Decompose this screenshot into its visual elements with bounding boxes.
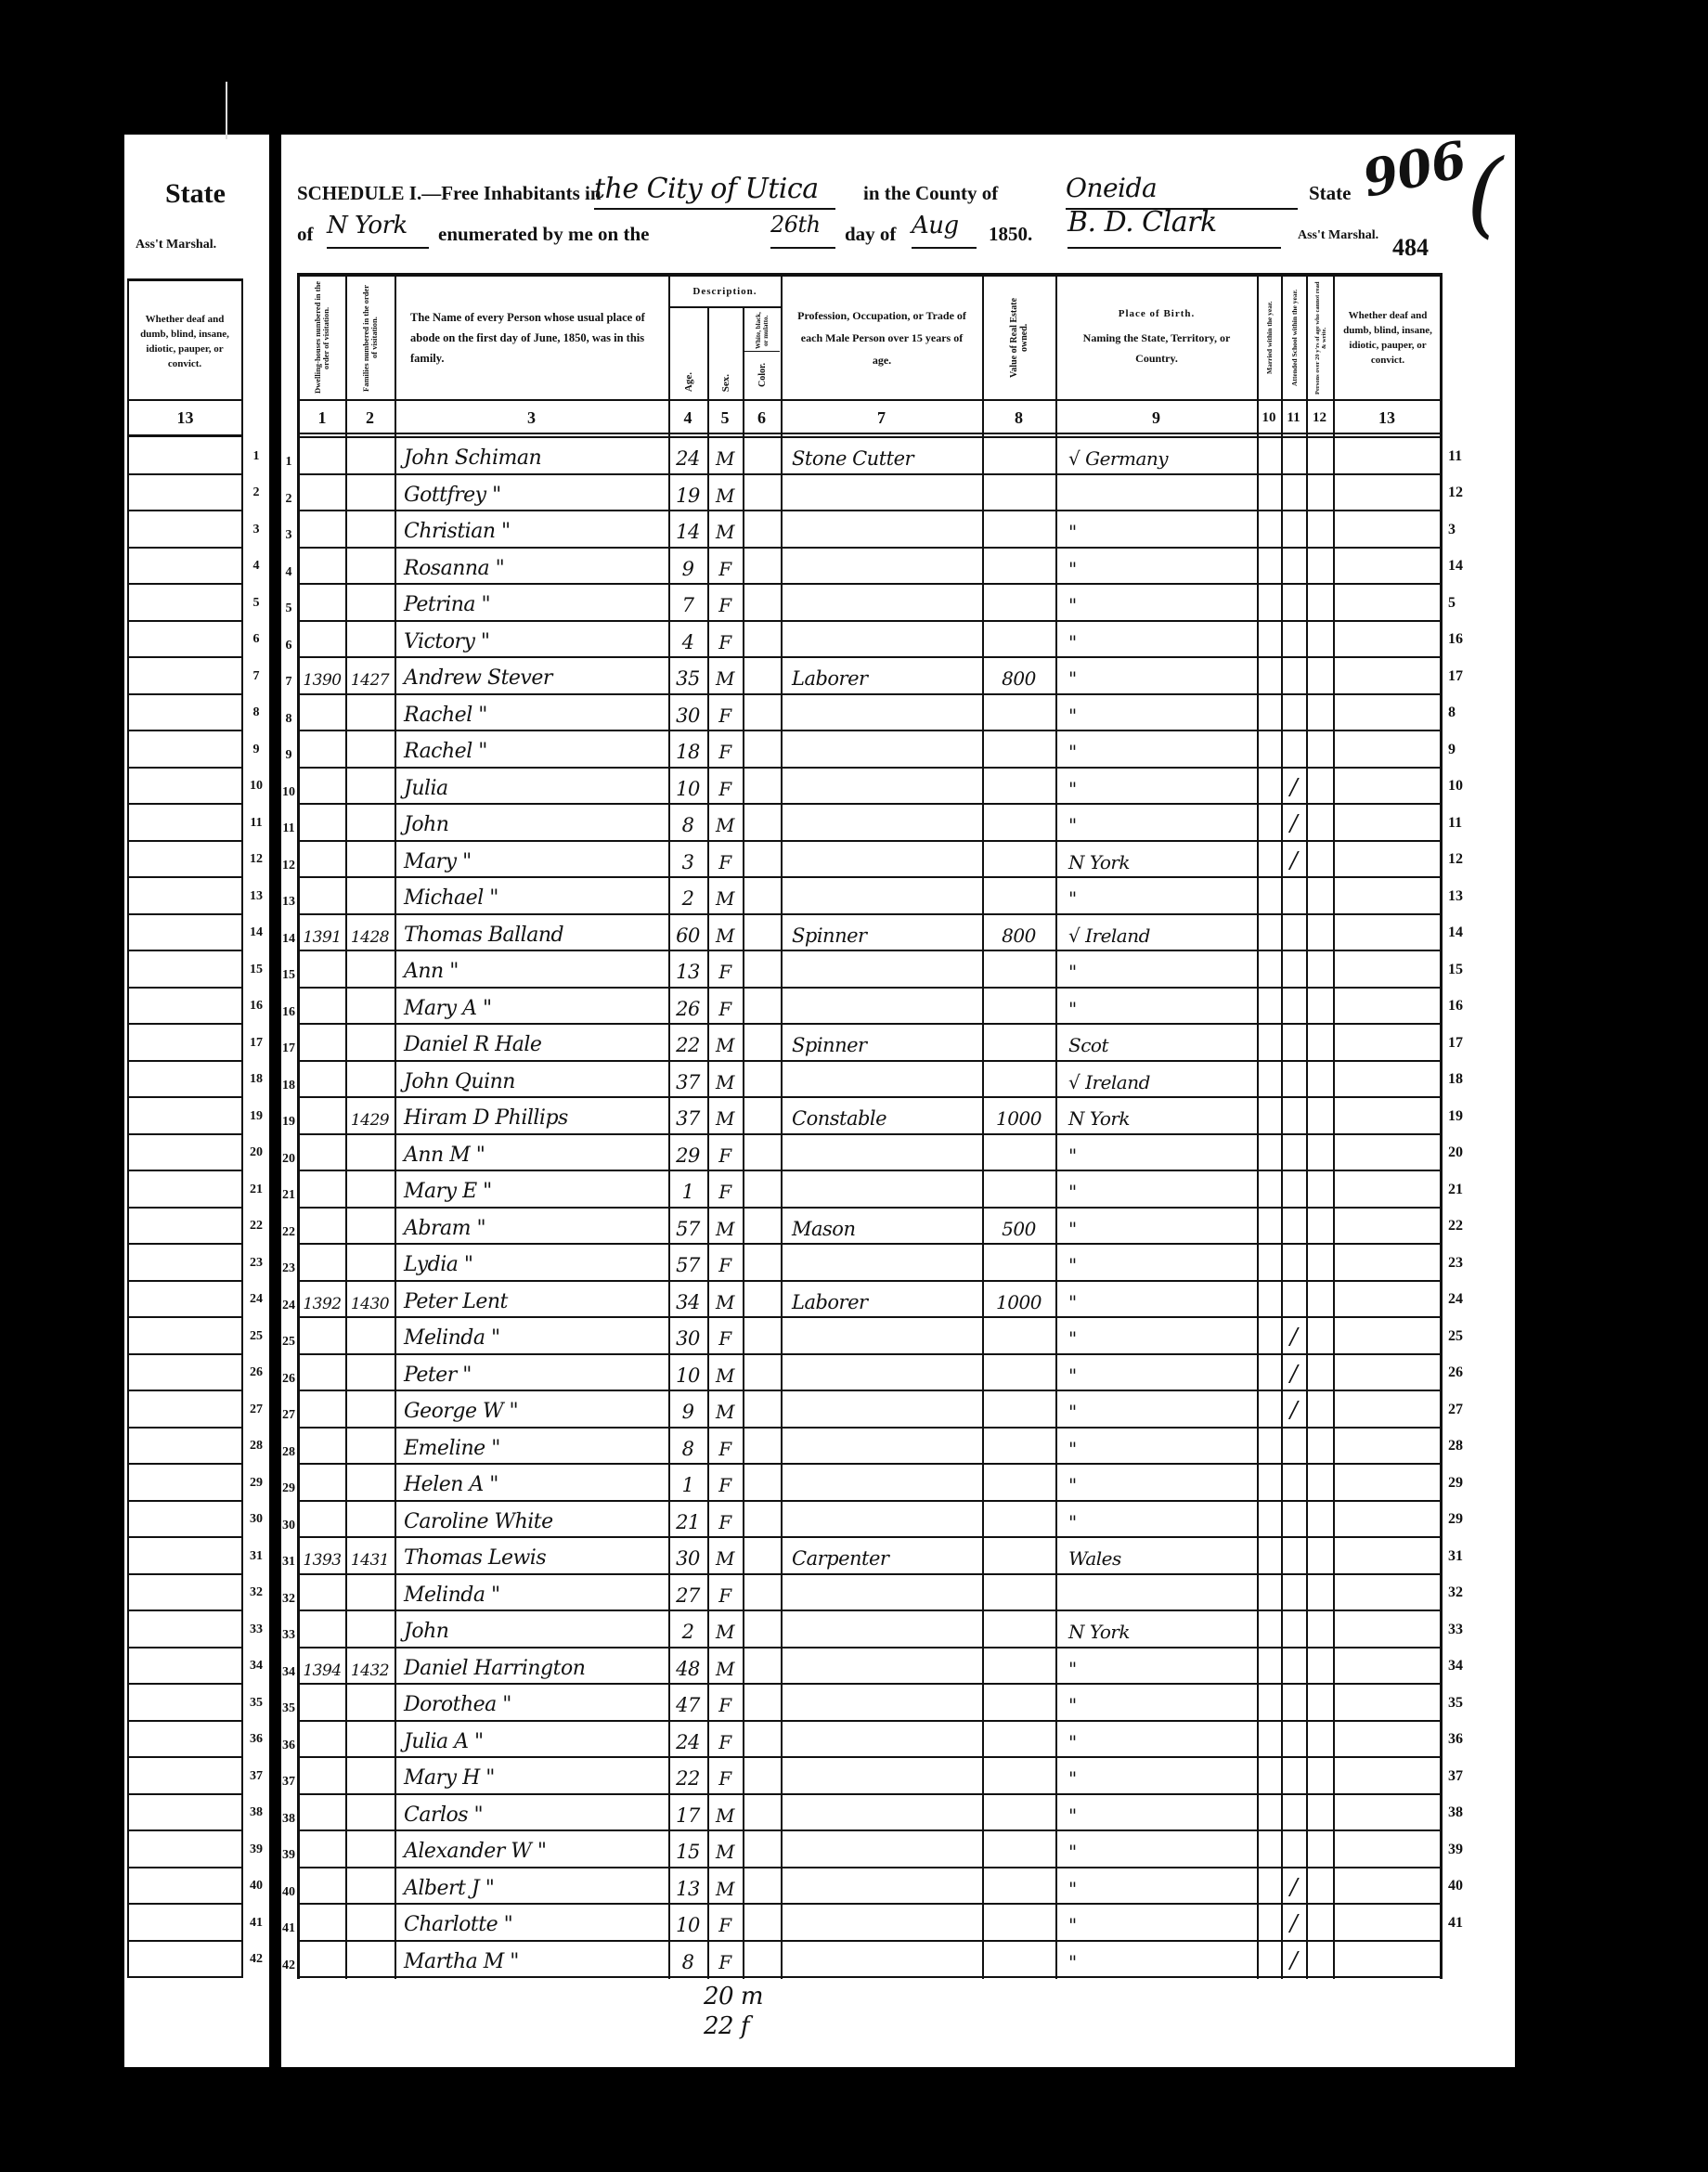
real-estate-value <box>982 585 1055 620</box>
color <box>743 1611 781 1647</box>
col-6-header: Color. <box>744 353 780 397</box>
col-9-number: 9 <box>1055 401 1257 434</box>
birthplace <box>1055 1575 1257 1610</box>
col-13-number: 13 <box>1333 401 1441 434</box>
person-name: Michael " <box>395 878 668 913</box>
col-3-number: 3 <box>395 401 668 434</box>
description-group-divider <box>668 306 781 308</box>
table-row: 23 Lydia " 57 F " <box>299 1245 1441 1282</box>
person-name: Peter Lent <box>395 1282 668 1317</box>
table-row: 31 1393 1431 Thomas Lewis 30 M Carpenter… <box>299 1538 1441 1575</box>
birthplace: " <box>1055 585 1257 620</box>
sex: F <box>707 1245 743 1280</box>
fragment-line-number: 12 <box>245 842 267 879</box>
col-9-header: Place of Birth. Naming the State, Territ… <box>1058 278 1255 397</box>
right-margin-line-number: 13 <box>1444 878 1482 915</box>
color <box>743 1318 781 1353</box>
real-estate-value <box>982 842 1055 877</box>
school-mark <box>1281 475 1306 511</box>
real-estate-value <box>982 1758 1055 1793</box>
col-1-label: Dwelling-houses numbered in the order of… <box>314 280 330 395</box>
color <box>743 731 781 767</box>
real-estate-value: 1000 <box>982 1098 1055 1133</box>
line-number: 3 <box>280 511 297 547</box>
color <box>743 1831 781 1867</box>
real-estate-value: 1000 <box>982 1282 1055 1317</box>
line-number: 37 <box>280 1758 297 1793</box>
place-name: the City of Utica <box>594 173 835 210</box>
fragment-row <box>127 1062 243 1099</box>
person-name: Rachel " <box>395 695 668 730</box>
dwelling-number <box>299 622 345 657</box>
line-number: 34 <box>280 1648 297 1684</box>
person-name: Ann " <box>395 951 668 987</box>
birthplace: " <box>1055 622 1257 657</box>
illiterate-mark <box>1306 622 1333 657</box>
table-row: 5 Petrina " 7 F " <box>299 585 1441 622</box>
real-estate-value <box>982 438 1055 473</box>
married-mark <box>1257 1575 1281 1610</box>
family-number <box>345 475 395 511</box>
dwelling-number <box>299 1905 345 1940</box>
real-estate-value <box>982 989 1055 1024</box>
fragment-line-number: 4 <box>245 549 267 586</box>
school-mark <box>1281 1465 1306 1500</box>
school-mark <box>1281 1648 1306 1684</box>
family-number <box>345 1062 395 1097</box>
col-10-label: Married within the year. <box>1266 280 1274 395</box>
fragment-line-number: 42 <box>245 1942 267 1979</box>
occupation <box>781 1429 982 1464</box>
sex: M <box>707 1538 743 1573</box>
sex: M <box>707 1831 743 1867</box>
family-number <box>345 695 395 730</box>
fragment-row <box>127 658 243 695</box>
condition <box>1333 1905 1441 1940</box>
fragment-line-number: 26 <box>245 1355 267 1392</box>
illiterate-mark <box>1306 1831 1333 1867</box>
color <box>743 1538 781 1573</box>
married-mark <box>1257 1429 1281 1464</box>
color <box>743 1025 781 1060</box>
age: 1 <box>668 1171 707 1207</box>
family-number <box>345 1831 395 1867</box>
col-10-header: Married within the year. <box>1259 278 1281 397</box>
family-number <box>345 842 395 877</box>
age: 24 <box>668 1722 707 1757</box>
fragment-row <box>127 805 243 842</box>
person-name: Thomas Balland <box>395 915 668 950</box>
condition <box>1333 1429 1441 1464</box>
birthplace: " <box>1055 1648 1257 1684</box>
color <box>743 1905 781 1940</box>
occupation <box>781 1355 982 1390</box>
fragment-line-number: 28 <box>245 1429 267 1466</box>
col-6-sublabel-text: White, black, or mulatto. <box>755 311 770 350</box>
table-row: 28 Emeline " 8 F " <box>299 1429 1441 1466</box>
page-number: 484 <box>1392 234 1429 262</box>
birthplace: " <box>1055 1171 1257 1207</box>
illiterate-mark <box>1306 1318 1333 1353</box>
illiterate-mark <box>1306 1795 1333 1830</box>
occupation <box>781 1795 982 1830</box>
school-mark <box>1281 1722 1306 1757</box>
line-number: 36 <box>280 1722 297 1757</box>
person-name: Petrina " <box>395 585 668 620</box>
birthplace: " <box>1055 989 1257 1024</box>
sex: M <box>707 1355 743 1390</box>
condition <box>1333 1685 1441 1720</box>
real-estate-value <box>982 1611 1055 1647</box>
table-row: 11 John 8 M " / <box>299 805 1441 842</box>
married-mark <box>1257 1282 1281 1317</box>
fragment-row <box>127 1758 243 1795</box>
right-margin-line-number: 39 <box>1444 1831 1482 1868</box>
illiterate-mark <box>1306 1575 1333 1610</box>
table-row: 8 Rachel " 30 F " <box>299 695 1441 732</box>
dwelling-number <box>299 1502 345 1537</box>
married-mark <box>1257 842 1281 877</box>
right-margin-line-number: 34 <box>1444 1648 1482 1686</box>
real-estate-value: 500 <box>982 1209 1055 1244</box>
color <box>743 475 781 511</box>
occupation <box>781 511 982 547</box>
real-estate-value <box>982 1795 1055 1830</box>
illiterate-mark <box>1306 1868 1333 1904</box>
dwelling-number: 1391 <box>299 915 345 950</box>
person-name: Rachel " <box>395 731 668 767</box>
occupation <box>781 1648 982 1684</box>
line-number: 1 <box>280 438 297 473</box>
table-row: 2 Gottfrey " 19 M <box>299 475 1441 512</box>
school-mark: / <box>1281 1905 1306 1940</box>
married-mark <box>1257 1722 1281 1757</box>
table-row: 6 Victory " 4 F " <box>299 622 1441 659</box>
occupation <box>781 1722 982 1757</box>
illiterate-mark <box>1306 1209 1333 1244</box>
occupation: Laborer <box>781 1282 982 1317</box>
table-row: 16 Mary A " 26 F " <box>299 989 1441 1026</box>
table-row: 34 1394 1432 Daniel Harrington 48 M " <box>299 1648 1441 1686</box>
right-margin-line-number: 35 <box>1444 1685 1482 1722</box>
color <box>743 842 781 877</box>
right-margin-line-number: 11 <box>1444 438 1482 475</box>
sex: F <box>707 842 743 877</box>
condition <box>1333 1538 1441 1573</box>
sex: M <box>707 1282 743 1317</box>
col-5-header: Sex. <box>709 310 743 397</box>
line-number: 24 <box>280 1282 297 1317</box>
condition <box>1333 951 1441 987</box>
birthplace: " <box>1055 1868 1257 1904</box>
col-12-number: 12 <box>1306 401 1333 434</box>
table-top-border <box>299 273 1443 277</box>
of-label: of <box>297 223 314 246</box>
color <box>743 438 781 473</box>
person-name: Daniel Harrington <box>395 1648 668 1684</box>
birthplace: √ Germany <box>1055 438 1257 473</box>
illiterate-mark <box>1306 1135 1333 1170</box>
color <box>743 695 781 730</box>
marshal-label: Ass't Marshal. <box>1298 228 1378 243</box>
right-margin-line-number: 31 <box>1444 1538 1482 1575</box>
sex: F <box>707 989 743 1024</box>
fragment-row <box>127 585 243 622</box>
school-mark <box>1281 1025 1306 1060</box>
fragment-row <box>127 1391 243 1429</box>
family-number <box>345 585 395 620</box>
col-8-label: Value of Real Estate owned. <box>1009 287 1029 389</box>
condition <box>1333 1171 1441 1207</box>
fragment-line-number: 3 <box>245 511 267 549</box>
dwelling-number <box>299 1795 345 1830</box>
school-mark: / <box>1281 1942 1306 1977</box>
birthplace: " <box>1055 1245 1257 1280</box>
condition <box>1333 475 1441 511</box>
age: 13 <box>668 1868 707 1904</box>
family-number <box>345 731 395 767</box>
sex: M <box>707 1098 743 1133</box>
occupation <box>781 1245 982 1280</box>
condition <box>1333 695 1441 730</box>
married-mark <box>1257 915 1281 950</box>
fragment-line-number: 14 <box>245 915 267 952</box>
school-mark <box>1281 1171 1306 1207</box>
person-name: George W " <box>395 1391 668 1427</box>
fragment-row <box>127 1171 243 1209</box>
col-7-number: 7 <box>781 401 982 434</box>
age: 37 <box>668 1062 707 1097</box>
dwelling-number <box>299 438 345 473</box>
illiterate-mark <box>1306 1942 1333 1977</box>
line-number: 30 <box>280 1502 297 1537</box>
fragment-row <box>127 951 243 989</box>
dwelling-number <box>299 549 345 584</box>
person-name: Ann M " <box>395 1135 668 1170</box>
condition <box>1333 1062 1441 1097</box>
person-name: Melinda " <box>395 1575 668 1610</box>
occupation <box>781 1758 982 1793</box>
person-name: Emeline " <box>395 1429 668 1464</box>
age: 1 <box>668 1465 707 1500</box>
col-8-number: 8 <box>982 401 1055 434</box>
table-row: 18 John Quinn 37 M √ Ireland <box>299 1062 1441 1099</box>
family-number <box>345 549 395 584</box>
sex: M <box>707 915 743 950</box>
occupation <box>781 1685 982 1720</box>
dwelling-number <box>299 1429 345 1464</box>
color <box>743 658 781 693</box>
fragment-row <box>127 475 243 512</box>
real-estate-value <box>982 1465 1055 1500</box>
condition <box>1333 1282 1441 1317</box>
school-mark <box>1281 1062 1306 1097</box>
condition <box>1333 438 1441 473</box>
person-name: Mary " <box>395 842 668 877</box>
person-name: Mary E " <box>395 1171 668 1207</box>
right-margin-line-number: 23 <box>1444 1245 1482 1282</box>
col-2-number: 2 <box>345 401 395 434</box>
age: 29 <box>668 1135 707 1170</box>
person-name: Rosanna " <box>395 549 668 584</box>
table-row: 38 Carlos " 17 M " <box>299 1795 1441 1832</box>
fragment-line-number: 37 <box>245 1758 267 1795</box>
family-number <box>345 805 395 840</box>
line-number: 17 <box>280 1025 297 1060</box>
dwelling-number <box>299 1722 345 1757</box>
female-tally: 22 f <box>704 2012 749 2040</box>
real-estate-value: 800 <box>982 915 1055 950</box>
fragment-row <box>127 1465 243 1502</box>
col-6-sublabel: White, black, or mulatto. <box>744 310 780 351</box>
birthplace: √ Ireland <box>1055 915 1257 950</box>
age: 10 <box>668 1355 707 1390</box>
age: 7 <box>668 585 707 620</box>
right-margin-line-number: 14 <box>1444 549 1482 586</box>
fragment-row <box>127 769 243 806</box>
sex: M <box>707 878 743 913</box>
county-name: Oneida <box>1066 173 1298 210</box>
school-mark <box>1281 1538 1306 1573</box>
fragment-line-number: 9 <box>245 731 267 769</box>
dwelling-number <box>299 769 345 804</box>
dwelling-number <box>299 1575 345 1610</box>
fragment-row <box>127 1795 243 1832</box>
color <box>743 1171 781 1207</box>
sex: F <box>707 1318 743 1353</box>
dwelling-number <box>299 1318 345 1353</box>
occupation <box>781 585 982 620</box>
illiterate-mark <box>1306 1355 1333 1390</box>
age: 30 <box>668 1318 707 1353</box>
occupation <box>781 1575 982 1610</box>
age: 24 <box>668 438 707 473</box>
occupation <box>781 1831 982 1867</box>
fragment-line-number: 32 <box>245 1575 267 1612</box>
condition <box>1333 1355 1441 1390</box>
col-11-header: Attended School within the year. <box>1283 278 1306 397</box>
right-margin-line-number: 11 <box>1444 805 1482 842</box>
real-estate-value <box>982 475 1055 511</box>
illiterate-mark <box>1306 1905 1333 1940</box>
real-estate-value <box>982 1575 1055 1610</box>
age: 22 <box>668 1758 707 1793</box>
line-number: 38 <box>280 1795 297 1830</box>
right-margin-line-number: 21 <box>1444 1171 1482 1209</box>
real-estate-value <box>982 805 1055 840</box>
fragment-line-number: 36 <box>245 1722 267 1759</box>
line-number: 35 <box>280 1685 297 1720</box>
right-margin-line-number: 28 <box>1444 1429 1482 1466</box>
color <box>743 769 781 804</box>
table-row: 9 Rachel " 18 F " <box>299 731 1441 769</box>
condition <box>1333 658 1441 693</box>
age: 21 <box>668 1502 707 1537</box>
table-row: 10 Julia 10 F " / <box>299 769 1441 806</box>
illiterate-mark <box>1306 475 1333 511</box>
table-row: 39 Alexander W " 15 M " <box>299 1831 1441 1868</box>
table-row: 7 1390 1427 Andrew Stever 35 M Laborer 8… <box>299 658 1441 695</box>
real-estate-value <box>982 731 1055 767</box>
married-mark <box>1257 438 1281 473</box>
table-row: 4 Rosanna " 9 F " <box>299 549 1441 586</box>
occupation: Constable <box>781 1098 982 1133</box>
family-number: 1428 <box>345 915 395 950</box>
age: 2 <box>668 878 707 913</box>
color <box>743 1465 781 1500</box>
married-mark <box>1257 1538 1281 1573</box>
real-estate-value <box>982 1025 1055 1060</box>
table-row: 17 Daniel R Hale 22 M Spinner Scot <box>299 1025 1441 1062</box>
married-mark <box>1257 622 1281 657</box>
birthplace: Wales <box>1055 1538 1257 1573</box>
occupation <box>781 989 982 1024</box>
occupation <box>781 731 982 767</box>
age: 27 <box>668 1575 707 1610</box>
school-mark <box>1281 1135 1306 1170</box>
description-group-header: Description. <box>670 277 780 306</box>
married-mark <box>1257 1795 1281 1830</box>
right-margin-line-number: 26 <box>1444 1355 1482 1392</box>
table-row: 35 Dorothea " 47 F " <box>299 1685 1441 1722</box>
age: 4 <box>668 622 707 657</box>
sex: F <box>707 695 743 730</box>
married-mark <box>1257 658 1281 693</box>
married-mark <box>1257 695 1281 730</box>
right-margin-line-number: 10 <box>1444 769 1482 806</box>
fragment-row <box>127 549 243 586</box>
col-13-header: Whether deaf and dumb, blind, insane, id… <box>1337 278 1439 397</box>
fragment-line-number: 19 <box>245 1098 267 1135</box>
condition <box>1333 989 1441 1024</box>
real-estate-value <box>982 951 1055 987</box>
age: 10 <box>668 769 707 804</box>
person-name: Dorothea " <box>395 1685 668 1720</box>
birthplace: " <box>1055 805 1257 840</box>
dwelling-number <box>299 1245 345 1280</box>
right-margin-line-number: 37 <box>1444 1758 1482 1795</box>
person-name: Alexander W " <box>395 1831 668 1867</box>
birthplace: " <box>1055 695 1257 730</box>
married-mark <box>1257 475 1281 511</box>
school-mark <box>1281 511 1306 547</box>
line-number: 40 <box>280 1868 297 1904</box>
birthplace: N York <box>1055 842 1257 877</box>
table-row: 24 1392 1430 Peter Lent 34 M Laborer 100… <box>299 1282 1441 1319</box>
table-row: 12 Mary " 3 F N York / <box>299 842 1441 879</box>
condition <box>1333 1025 1441 1060</box>
married-mark <box>1257 1648 1281 1684</box>
real-estate-value <box>982 769 1055 804</box>
fragment-row <box>127 1135 243 1172</box>
school-mark: / <box>1281 1355 1306 1390</box>
birthplace: " <box>1055 878 1257 913</box>
col-4-header: Age. <box>670 310 707 397</box>
fragment-line-number: 21 <box>245 1171 267 1209</box>
sex: M <box>707 475 743 511</box>
fragment-line-number: 30 <box>245 1502 267 1539</box>
line-number: 8 <box>280 695 297 730</box>
line-number: 28 <box>280 1429 297 1464</box>
fragment-line-number: 18 <box>245 1062 267 1099</box>
family-number <box>345 769 395 804</box>
condition <box>1333 1245 1441 1280</box>
sex: F <box>707 585 743 620</box>
col-3-header: The Name of every Person whose usual pla… <box>397 278 666 397</box>
condition <box>1333 1502 1441 1537</box>
school-mark: / <box>1281 1318 1306 1353</box>
school-mark <box>1281 1685 1306 1720</box>
